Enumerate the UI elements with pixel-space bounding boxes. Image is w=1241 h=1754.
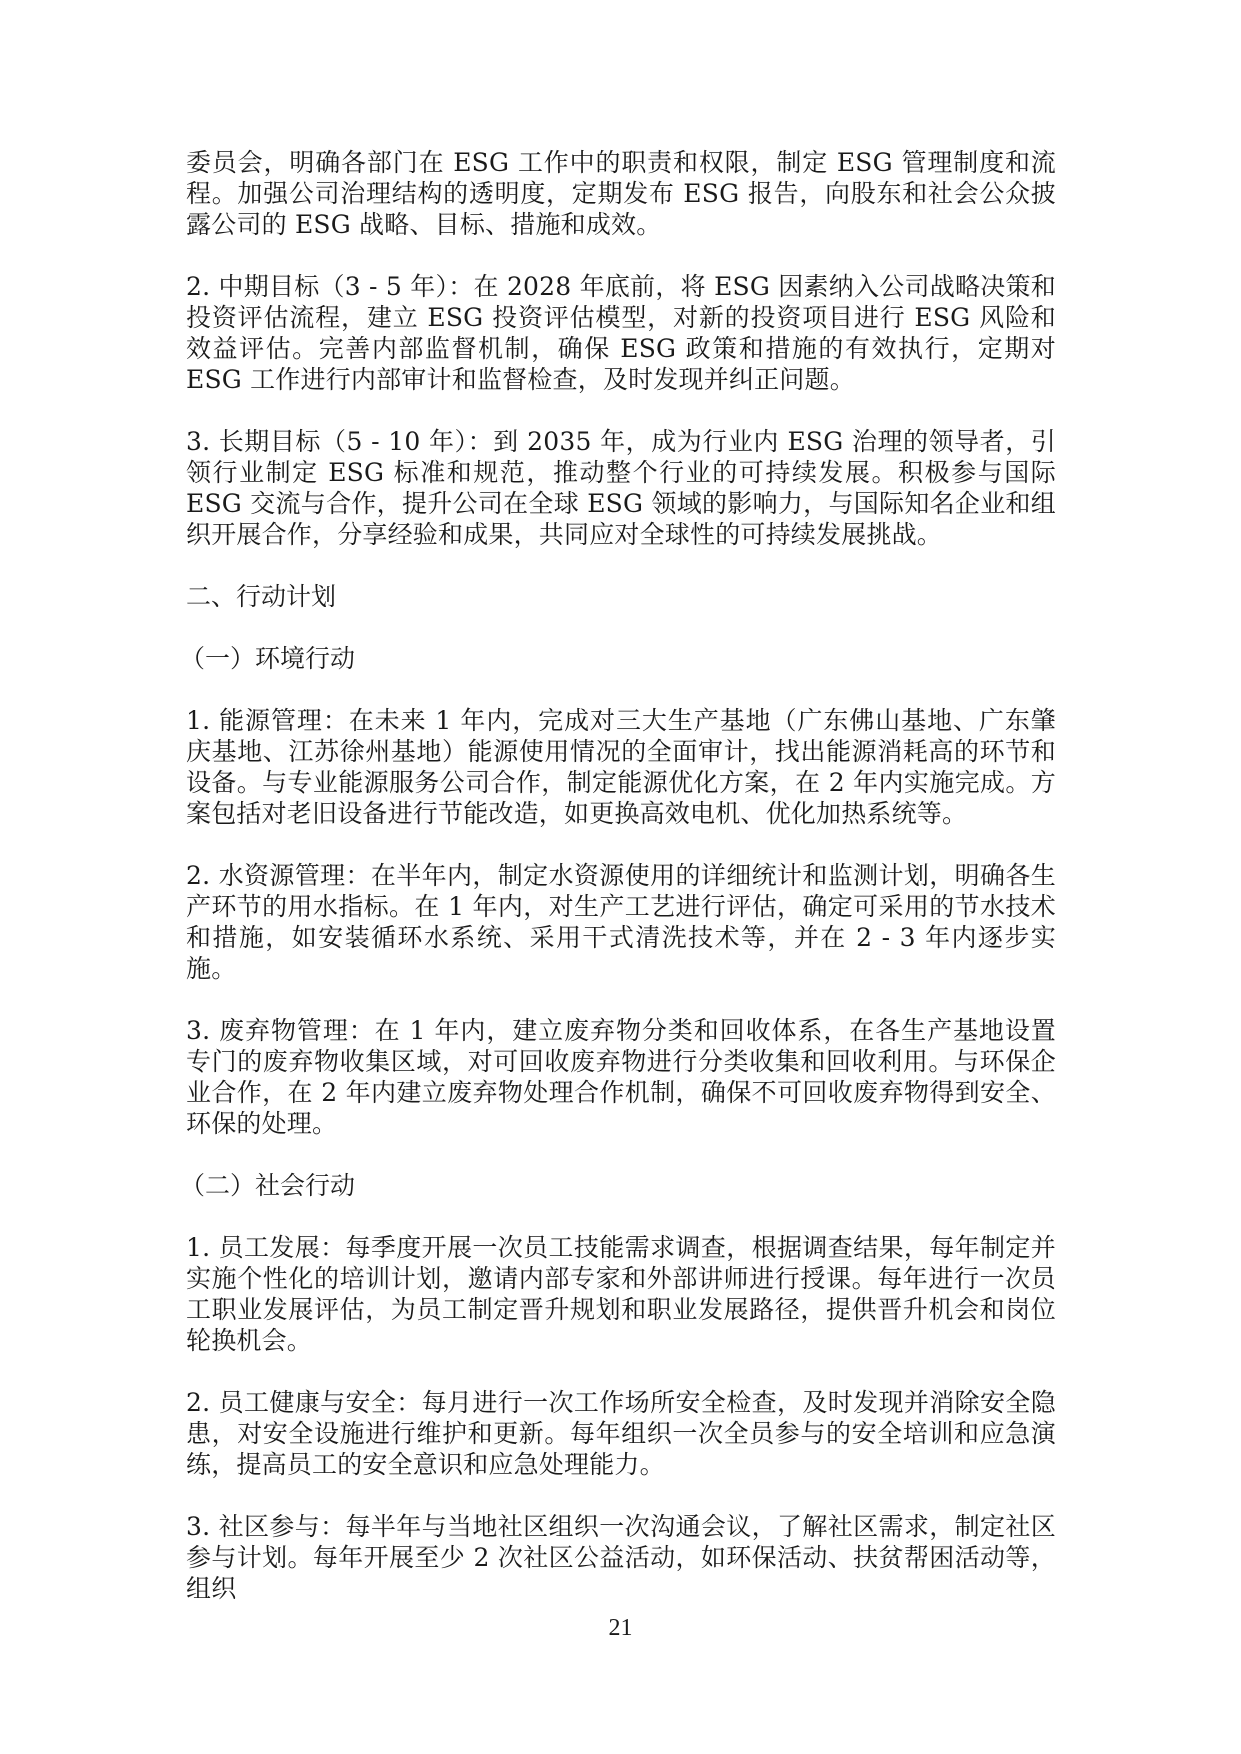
paragraph-energy-management: 1. 能源管理：在未来 1 年内，完成对三大生产基地（广东佛山基地、广东肇庆基地… — [186, 705, 1056, 829]
subsection-heading-environment: （一）环境行动 — [180, 643, 1056, 674]
paragraph-waste-management: 3. 废弃物管理：在 1 年内，建立废弃物分类和回收体系，在各生产基地设置专门的… — [186, 1015, 1056, 1139]
paragraph-water-management: 2. 水资源管理：在半年内，制定水资源使用的详细统计和监测计划，明确各生产环节的… — [186, 860, 1056, 984]
paragraph-long-term-goal: 3. 长期目标（5 - 10 年）：到 2035 年，成为行业内 ESG 治理的… — [186, 426, 1056, 550]
document-page: 委员会，明确各部门在 ESG 工作中的职责和权限，制定 ESG 管理制度和流程。… — [186, 147, 1056, 1635]
page-number: 21 — [0, 1615, 1241, 1642]
paragraph-employee-health-safety: 2. 员工健康与安全：每月进行一次工作场所安全检查，及时发现并消除安全隐患，对安… — [186, 1387, 1056, 1480]
paragraph-mid-term-goal: 2. 中期目标（3 - 5 年）：在 2028 年底前，将 ESG 因素纳入公司… — [186, 271, 1056, 395]
section-heading-action-plan: 二、行动计划 — [186, 581, 1056, 612]
paragraph-employee-development: 1. 员工发展：每季度开展一次员工技能需求调查，根据调查结果，每年制定并实施个性… — [186, 1232, 1056, 1356]
paragraph-governance-short-term-cont: 委员会，明确各部门在 ESG 工作中的职责和权限，制定 ESG 管理制度和流程。… — [186, 147, 1056, 240]
subsection-heading-social: （二）社会行动 — [180, 1170, 1056, 1201]
paragraph-community-engagement: 3. 社区参与：每半年与当地社区组织一次沟通会议，了解社区需求，制定社区参与计划… — [186, 1511, 1056, 1604]
